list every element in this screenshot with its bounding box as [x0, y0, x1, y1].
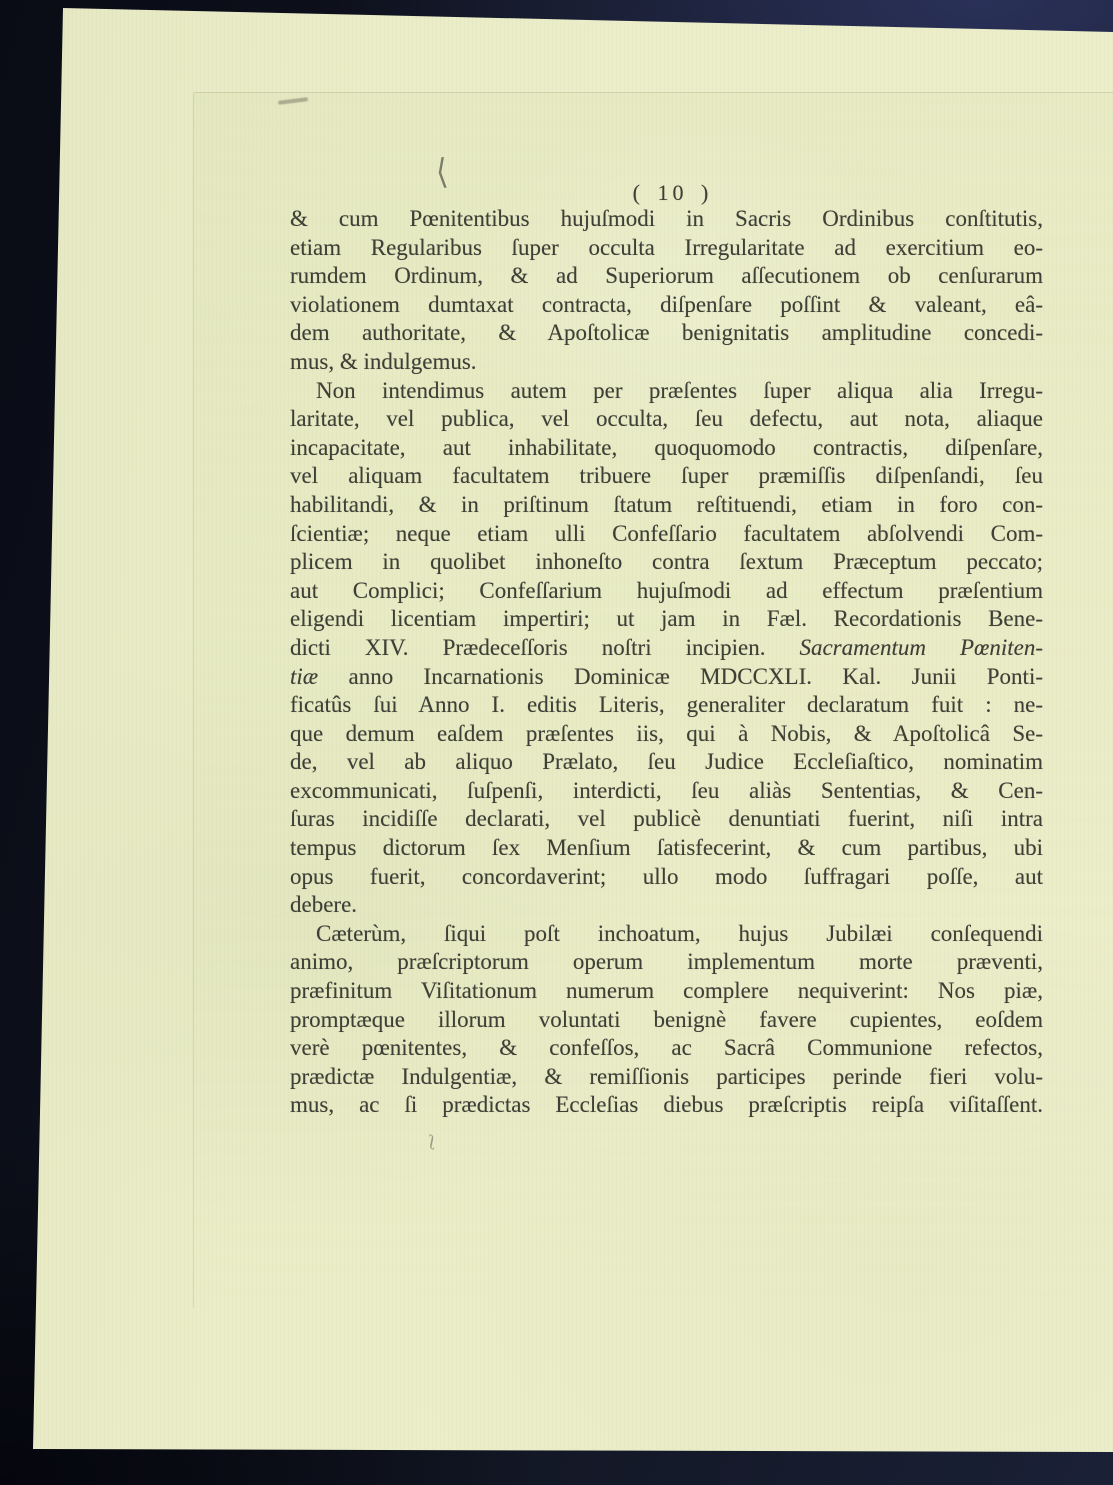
text-line: dicti XIV. Prædeceſſoris noſtri incipien… — [290, 634, 1043, 663]
text-line: incapacitate, aut inhabilitate, quoquomo… — [290, 434, 1043, 463]
body-text: & cum Pœnitentibus hujuſmodi in Sacris O… — [290, 205, 1043, 1120]
text-line: plicem in quolibet inhoneſto contra ſext… — [290, 548, 1043, 577]
text-line: animo, præſcriptorum operum implementum … — [290, 948, 1043, 977]
text-line: eligendi licentiam impertiri; ut jam in … — [290, 605, 1043, 634]
text-line: opus fuerit, concordaverint; ullo modo ſ… — [290, 863, 1043, 892]
text-line: prædictæ Indulgentiæ, & remiſſionis part… — [290, 1063, 1043, 1092]
scanner-background: ⟨ ʅ ( 10 ) & cum Pœnitentibus hujuſmodi … — [0, 0, 1113, 1485]
text-line: laritate, vel publica, vel occulta, ſeu … — [290, 405, 1043, 434]
text-line: præfinitum Viſitationum numerum complere… — [290, 977, 1043, 1006]
text-line: ſcientiæ; neque etiam ulli Confeſſario f… — [290, 520, 1043, 549]
text-line: mus, ac ſi prædictas Eccleſias diebus pr… — [290, 1091, 1043, 1120]
text-line: promptæque illorum voluntati benignè fav… — [290, 1006, 1043, 1035]
text-line: verè pœnitentes, & confeſſos, ac Sacrâ C… — [290, 1034, 1043, 1063]
text-line: tiæ anno Incarnationis Dominicæ MDCCXLI.… — [290, 663, 1043, 692]
text-block: ( 10 ) & cum Pœnitentibus hujuſmodi in S… — [290, 181, 1043, 1120]
text-line: debere. — [290, 891, 1043, 920]
text-line: de, vel ab aliquo Prælato, ſeu Judice Ec… — [290, 748, 1043, 777]
text-line: tempus dictorum ſex Menſium ſatisfecerin… — [290, 834, 1043, 863]
text-line: dem authoritate, & Apoſtolicæ benignitat… — [290, 319, 1043, 348]
page-number: ( 10 ) — [290, 181, 1043, 205]
text-line: excommunicati, ſuſpenſi, interdicti, ſeu… — [290, 777, 1043, 806]
text-line: etiam Regularibus ſuper occulta Irregula… — [290, 234, 1043, 263]
text-line: mus, & indulgemus. — [290, 348, 1043, 377]
text-line: & cum Pœnitentibus hujuſmodi in Sacris O… — [290, 205, 1043, 234]
text-line: Cæterùm, ſiqui poſt inchoatum, hujus Jub… — [290, 920, 1043, 949]
text-line: aut Complici; Confeſſarium hujuſmodi ad … — [290, 577, 1043, 606]
text-line: rumdem Ordinum, & ad Superiorum aſſecuti… — [290, 262, 1043, 291]
text-line: ficatûs ſui Anno I. editis Literis, gene… — [290, 691, 1043, 720]
paper-page: ⟨ ʅ ( 10 ) & cum Pœnitentibus hujuſmodi … — [0, 0, 1113, 1485]
text-line: vel aliquam facultatem tribuere ſuper pr… — [290, 462, 1043, 491]
text-line: habilitandi, & in priſtinum ſtatum reſti… — [290, 491, 1043, 520]
text-line: que demum eaſdem præſentes iis, qui à No… — [290, 720, 1043, 749]
text-line: Non intendimus autem per præſentes ſuper… — [290, 377, 1043, 406]
text-line: ſuras incidiſſe declarati, vel publicè d… — [290, 805, 1043, 834]
text-line: violationem dumtaxat contracta, diſpenſa… — [290, 291, 1043, 320]
